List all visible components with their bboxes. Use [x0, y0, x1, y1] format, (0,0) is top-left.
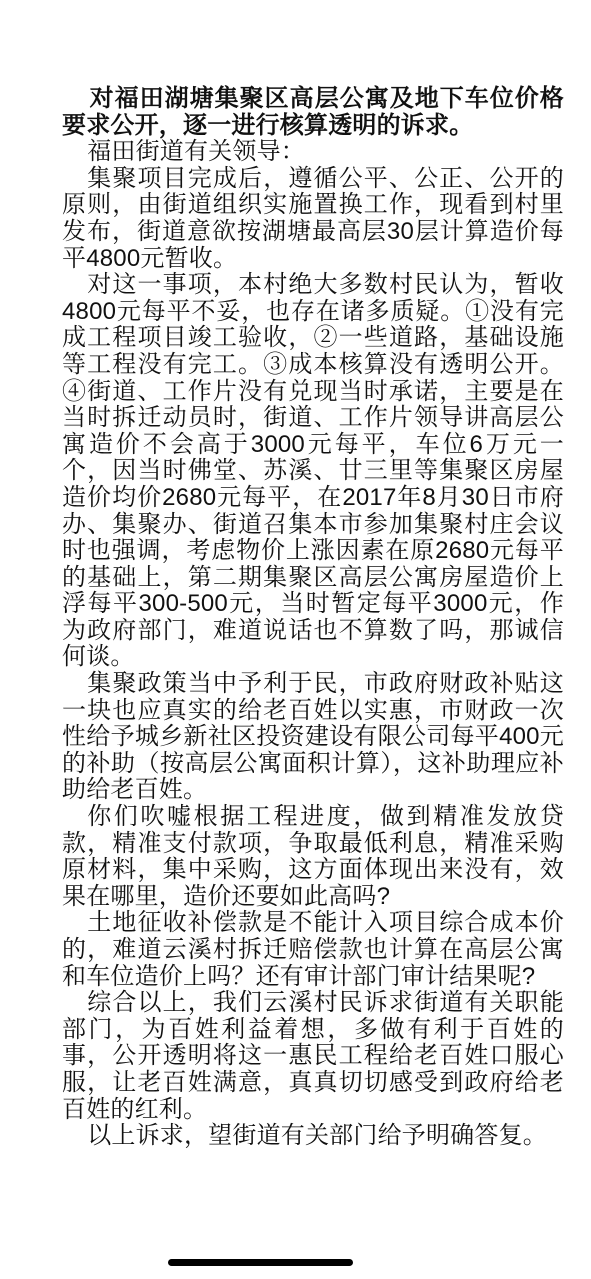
document-paragraph: 综合以上，我们云溪村民诉求街道有关职能部门，为百姓利益着想，多做有利于百姓的事，…: [62, 990, 564, 1123]
document-title: 对福田湖塘集聚区高层公寓及地下车位价格要求公开，逐一进行核算透明的诉求。: [62, 86, 564, 139]
home-indicator-bar[interactable]: [168, 1259, 353, 1266]
document-paragraph: 集聚政策当中予利于民，市政府财政补贴这一块也应真实的给老百姓以实惠，市财政一次性…: [62, 671, 564, 804]
document-paragraph: 你们吹嘘根据工程进度，做到精准发放贷款，精准支付款项，争取最低利息，精准采购原材…: [62, 804, 564, 910]
document-paragraph: 土地征收补偿款是不能计入项目综合成本价的，难道云溪村拆迁赔偿款也计算在高层公寓和…: [62, 910, 564, 990]
document-paragraph: 集聚项目完成后，遵循公平、公正、公开的原则，由街道组织实施置换工作，现看到村里发…: [62, 166, 564, 272]
document-page: 对福田湖塘集聚区高层公寓及地下车位价格要求公开，逐一进行核算透明的诉求。 福田街…: [0, 0, 591, 1279]
document-paragraph-salutation: 福田街道有关领导：: [62, 139, 564, 166]
document-body: 对福田湖塘集聚区高层公寓及地下车位价格要求公开，逐一进行核算透明的诉求。 福田街…: [62, 86, 564, 1150]
document-paragraph: 对这一事项，本村绝大多数村民认为，暂收4800元每平不妥，也存在诸多质疑。①没有…: [62, 272, 564, 671]
document-paragraph-closing: 以上诉求，望街道有关部门给予明确答复。: [62, 1123, 564, 1150]
